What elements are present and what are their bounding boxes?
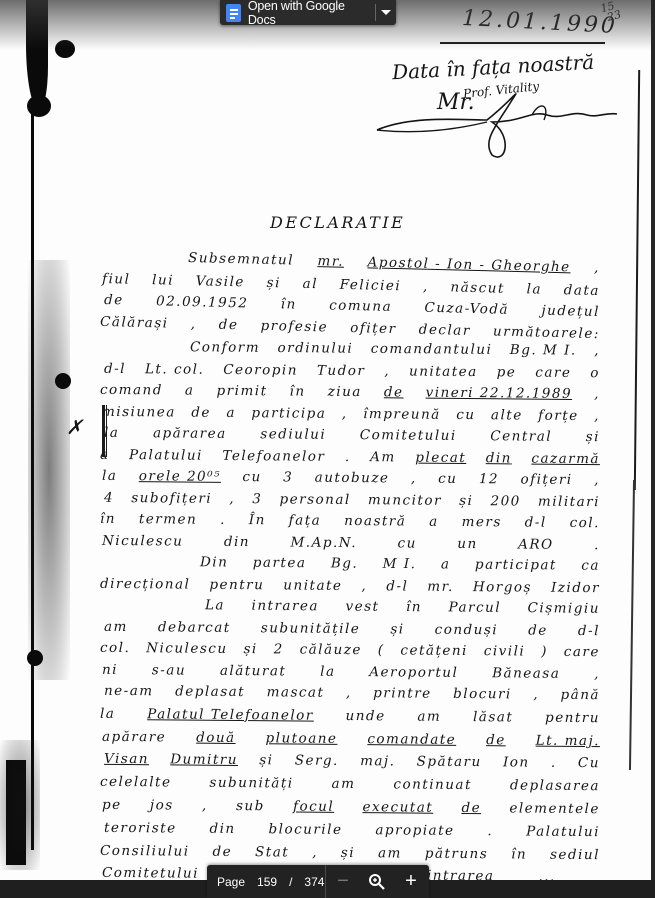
- handwritten-line: apăraredouăplutoanecomandatedeLt. maj.: [102, 728, 600, 748]
- handwritten-word: din: [486, 450, 512, 466]
- handwritten-word: deplasat: [175, 683, 245, 700]
- handwritten-word: la: [100, 706, 116, 722]
- plus-icon: +: [405, 870, 417, 893]
- zoom-out-button[interactable]: −: [326, 865, 360, 898]
- handwritten-line: ConformordinuluicomandantuluiBg. M I.,: [190, 339, 600, 359]
- handwritten-word: alăturat: [220, 662, 287, 679]
- magnifier-icon: [368, 873, 386, 891]
- handwritten-line: aPalatuluiTelefoanelor.Amplecatdincazarm…: [100, 446, 600, 466]
- handwritten-word: termen: [139, 511, 197, 528]
- handwritten-word: ,: [594, 386, 600, 402]
- handwritten-word: .: [220, 512, 226, 528]
- handwritten-word: Spătaru: [417, 754, 482, 771]
- handwritten-word: din: [209, 821, 235, 837]
- handwritten-line: laapărareasediuluiComitetuluiCentralși: [104, 425, 600, 445]
- handwritten-word: Niculescu: [102, 532, 184, 549]
- handwritten-word: subunitățile: [261, 620, 361, 637]
- handwritten-word: ,: [533, 687, 539, 703]
- handwritten-line: ne-amdeplasatmascat,printreblocuri,până: [104, 683, 600, 703]
- handwritten-word: intrarea: [251, 598, 319, 615]
- handwritten-word: M.Ap.N.: [290, 534, 357, 551]
- page-navigation-bar: Page 159 / 374 − +: [207, 865, 429, 898]
- handwritten-word: autobuze: [315, 470, 390, 487]
- handwritten-word: am: [378, 845, 402, 861]
- handwritten-word: noastră: [344, 513, 406, 530]
- handwritten-word: deplasarea: [510, 778, 600, 795]
- handwritten-line: direcționalpentruunitate,d-lmr.HorgoșIzi…: [100, 575, 600, 595]
- handwritten-line: d-lLt. col.CeoropinTudor,unitateapecareo: [104, 360, 600, 380]
- handwritten-word: Feliciei: [340, 276, 402, 293]
- zoom-button[interactable]: [360, 865, 394, 898]
- handwritten-word: Palatul Telefoanelor: [147, 706, 314, 723]
- handwritten-word: la: [320, 663, 336, 679]
- handwritten-word: declar: [419, 321, 471, 338]
- handwritten-word: pe: [102, 797, 122, 813]
- document-date: 12.01.1990: [461, 6, 618, 39]
- handwritten-word: comandate: [367, 731, 456, 748]
- caret-down-icon: [381, 10, 391, 15]
- handwritten-word: ,: [191, 316, 197, 332]
- handwritten-word: Consiliului: [100, 842, 190, 859]
- handwritten-word: la: [526, 281, 542, 297]
- handwritten-word: ...: [538, 869, 556, 880]
- handwritten-word: Stat: [255, 844, 289, 860]
- handwritten-word: Subsemnatul: [188, 250, 294, 269]
- handwritten-word: am: [104, 618, 128, 634]
- handwritten-word: alte: [491, 407, 523, 423]
- handwritten-word: Lt. maj.: [536, 732, 600, 749]
- handwritten-line: DinparteaBg.M I.aparticipatca: [200, 554, 600, 573]
- handwritten-word: ,: [384, 363, 390, 379]
- handwritten-word: muncitor: [368, 492, 442, 509]
- open-with-toolbar: Open with Google Docs: [220, 0, 396, 25]
- handwritten-word: printre: [373, 685, 432, 702]
- handwritten-word: împreună: [363, 406, 441, 423]
- handwritten-word: continuat: [393, 777, 472, 794]
- handwritten-word: din: [224, 533, 250, 549]
- page-separator: /: [289, 875, 292, 889]
- handwritten-word: forțe: [538, 407, 579, 423]
- handwritten-word: cu: [438, 471, 457, 487]
- handwritten-word: .: [345, 448, 351, 464]
- handwritten-word: ofițer: [350, 320, 397, 337]
- handwritten-word: militari: [538, 493, 600, 510]
- margin-cross-mark: ✗: [66, 415, 83, 439]
- handwritten-word: cu: [456, 406, 475, 422]
- handwritten-word: plecat: [415, 449, 466, 465]
- handwritten-word: apărare: [102, 728, 166, 745]
- handwritten-word: d-l: [578, 622, 600, 638]
- handwritten-word: Din: [200, 554, 228, 570]
- handwritten-word: Ceoropin: [223, 361, 298, 378]
- ink-bleed-stripe: [26, 0, 48, 110]
- handwritten-word: focul: [293, 798, 334, 814]
- handwritten-word: Niculescu: [146, 640, 228, 657]
- handwritten-word: orele 20⁰⁵: [139, 468, 221, 485]
- handwritten-word: 12: [479, 471, 499, 487]
- handwritten-word: 200: [490, 493, 520, 509]
- handwritten-word: ,: [423, 278, 429, 294]
- handwritten-word: blocuri: [453, 686, 512, 703]
- handwritten-word: și: [341, 845, 355, 861]
- handwritten-word: ,: [594, 472, 600, 488]
- handwritten-word: subofițeri: [131, 490, 212, 507]
- handwritten-word: ,: [229, 490, 235, 506]
- handwritten-word: debarcat: [158, 619, 231, 636]
- scanned-document-page: ✗ 12.01.1990 15 23 Data în fața noastră …: [0, 0, 651, 880]
- document-title: DECLARATIE: [270, 213, 405, 232]
- handwritten-word: celelalte: [100, 774, 172, 791]
- page-label: Page: [217, 875, 245, 889]
- handwritten-word: de: [212, 843, 232, 859]
- handwritten-word: a: [441, 556, 451, 572]
- open-with-dropdown-button[interactable]: [376, 0, 397, 25]
- handwritten-word: și: [586, 429, 600, 445]
- handwritten-word: care: [535, 364, 571, 380]
- handwritten-word: ni: [102, 661, 118, 677]
- handwritten-word: în: [511, 846, 527, 862]
- total-pages: 374: [304, 875, 324, 889]
- handwritten-word: a: [100, 446, 110, 462]
- handwritten-word: mr.: [427, 578, 454, 594]
- handwritten-word: ,: [346, 685, 352, 701]
- handwritten-word: Cișmigiu: [528, 600, 600, 617]
- handwritten-word: de: [461, 800, 481, 816]
- handwritten-word: și: [259, 753, 273, 769]
- handwritten-word: primit: [216, 383, 267, 399]
- handwritten-word: Palatului: [526, 823, 600, 840]
- handwritten-word: cetățeni: [400, 642, 468, 659]
- handwritten-word: plutoane: [265, 730, 337, 747]
- handwritten-word: ordinului: [277, 340, 353, 357]
- handwritten-word: (: [378, 642, 385, 658]
- handwritten-word: am: [332, 776, 356, 792]
- handwritten-word: conduși: [435, 621, 499, 638]
- handwritten-word: d-l: [386, 578, 408, 594]
- handwritten-word: ziua: [328, 384, 362, 400]
- handwritten-word: maj.: [360, 753, 395, 769]
- handwritten-word: personal: [279, 491, 350, 508]
- handwritten-word: în: [281, 296, 297, 312]
- handwritten-line: Subsemnatulmr.Apostol - Ion - Gheorghe,: [188, 250, 600, 276]
- handwritten-word: a: [226, 404, 236, 420]
- handwritten-word: În: [249, 512, 266, 528]
- handwritten-word: ne-am: [104, 683, 154, 699]
- handwritten-word: mr.: [317, 253, 344, 270]
- handwritten-line: col.Niculescuși2călăuze(cetățenicivili)c…: [100, 640, 600, 660]
- handwritten-word: a: [185, 383, 195, 399]
- handwritten-word: Parcul: [448, 599, 501, 615]
- handwritten-word: Aeroportul: [369, 664, 458, 681]
- handwritten-line: pejos,subfoculexecutatdeelementele: [102, 797, 600, 817]
- handwritten-word: de: [104, 292, 124, 308]
- current-page-number[interactable]: 159: [257, 875, 277, 889]
- ink-blot: [55, 40, 75, 58]
- handwritten-word: Vasile: [196, 273, 246, 290]
- handwritten-word: vineri 22.12.1989: [426, 385, 573, 402]
- handwritten-word: comuna: [329, 297, 392, 315]
- handwritten-word: Lt. col.: [145, 361, 204, 378]
- handwritten-word: unitatea: [409, 363, 478, 380]
- google-docs-icon: [226, 4, 241, 22]
- open-with-label: Open with Google Docs: [248, 0, 367, 27]
- handwritten-word: vest: [345, 599, 379, 615]
- handwritten-word: La: [205, 597, 225, 613]
- handwritten-word: și: [266, 274, 281, 290]
- handwritten-word: partea: [253, 555, 307, 571]
- handwritten-word: misiunea: [102, 403, 176, 420]
- handwritten-word: în: [290, 383, 306, 399]
- handwritten-word: Central: [490, 428, 552, 445]
- handwritten-word: teroriste: [104, 820, 177, 837]
- handwritten-word: ,: [202, 798, 208, 814]
- handwritten-word: Comitetului: [360, 427, 457, 444]
- handwritten-word: născut: [450, 279, 505, 296]
- handwritten-word: călăuze: [300, 642, 362, 659]
- handwritten-word: Apostol - Ion - Gheorghe: [367, 254, 570, 275]
- handwritten-word: civili: [484, 643, 526, 659]
- handwritten-word: Comitetului: [102, 865, 199, 880]
- handwritten-word: .: [551, 755, 557, 771]
- handwritten-word: și: [243, 641, 257, 657]
- handwritten-word: Visan: [104, 751, 149, 767]
- handwritten-word: al: [302, 275, 318, 291]
- handwritten-word: Serg.: [295, 753, 339, 769]
- handwritten-word: și: [390, 621, 404, 637]
- handwritten-word: unde: [346, 708, 386, 724]
- ink-blot: [27, 650, 43, 666]
- handwritten-word: pe: [497, 364, 517, 380]
- handwritten-line: amdebarcatsubunitățileșicondușided-l: [104, 618, 600, 638]
- handwritten-line: întermen.Înfațanoastrăamersd-lcol.: [100, 511, 600, 531]
- handwritten-word: și: [459, 492, 473, 508]
- folio-number: 15 23: [600, 0, 623, 24]
- handwritten-word: de: [528, 622, 548, 638]
- handwritten-word: o: [590, 365, 600, 381]
- ink-smudge: [28, 260, 70, 680]
- handwritten-word: lui: [152, 272, 174, 289]
- handwritten-word: județul: [541, 303, 600, 320]
- handwritten-word: ,: [594, 260, 600, 276]
- handwritten-word: Conform: [190, 339, 260, 356]
- handwritten-word: până: [560, 687, 600, 703]
- handwritten-word: Cuza-Vodă: [424, 300, 509, 318]
- handwritten-word: sub: [236, 798, 265, 814]
- handwritten-word: M I.: [383, 556, 417, 572]
- handwritten-word: un: [457, 535, 478, 551]
- handwritten-word: pentru: [545, 709, 600, 725]
- handwritten-word: în: [406, 599, 422, 615]
- handwritten-word: .: [594, 537, 600, 553]
- handwritten-word: direcțional: [100, 575, 191, 592]
- signature-underline: [440, 42, 605, 44]
- signature: [372, 80, 622, 160]
- minus-icon: −: [337, 870, 349, 893]
- ink-blot: [55, 373, 71, 389]
- handwritten-word: fiul: [102, 270, 131, 287]
- handwritten-word: d-l: [104, 360, 126, 376]
- handwritten-word: de: [219, 316, 239, 332]
- handwritten-word: ,: [361, 578, 367, 594]
- handwritten-word: .: [487, 823, 493, 839]
- handwritten-word: Ion: [503, 755, 530, 771]
- handwritten-word: ofițeri: [520, 471, 572, 487]
- handwritten-word: executat: [362, 799, 433, 816]
- handwritten-word: ca: [581, 558, 600, 574]
- handwritten-word: ): [541, 644, 548, 660]
- page-border-line: [634, 70, 640, 490]
- handwritten-word: intrarea: [427, 868, 495, 880]
- handwritten-word: subunități: [209, 775, 293, 792]
- handwritten-word: 3: [252, 491, 262, 507]
- open-with-google-docs-button[interactable]: Open with Google Docs: [220, 0, 367, 25]
- handwritten-line: LaintrareavestînParculCișmigiu: [205, 597, 600, 616]
- handwritten-word: ARO: [518, 536, 554, 552]
- handwritten-word: apropiate: [375, 822, 454, 839]
- handwritten-word: două: [196, 729, 236, 745]
- handwritten-word: sediul: [550, 846, 600, 862]
- handwritten-word: d-l: [525, 515, 547, 531]
- handwritten-word: participa: [251, 405, 326, 422]
- handwritten-word: care: [564, 644, 600, 660]
- handwritten-word: Băneasa: [492, 665, 560, 682]
- handwritten-word: ,: [594, 343, 600, 359]
- handwritten-line: 4subofițeri,3personalmuncitorși200milita…: [104, 489, 600, 509]
- zoom-in-button[interactable]: +: [394, 865, 428, 898]
- handwritten-line: celelaltesubunitățiamcontinuatdeplasarea: [100, 774, 600, 794]
- handwritten-word: comand: [100, 382, 163, 399]
- handwritten-word: în: [100, 511, 116, 527]
- handwritten-word: ,: [411, 471, 417, 487]
- handwritten-word: Bg. M I.: [510, 342, 577, 359]
- handwritten-word: mers: [462, 514, 502, 530]
- handwritten-word: 3: [283, 469, 293, 485]
- handwritten-word: unitate: [283, 577, 342, 594]
- handwritten-word: Izidor: [551, 579, 600, 595]
- handwritten-word: Tudor: [317, 362, 366, 378]
- handwritten-word: pentru: [209, 576, 264, 592]
- handwritten-word: comandantului: [371, 341, 493, 358]
- handwritten-word: s-au: [152, 662, 186, 678]
- handwritten-word: cazarmă: [531, 450, 600, 467]
- handwritten-line: teroristedinblocurileapropiate.Palatului: [104, 820, 600, 840]
- handwritten-word: 4: [104, 489, 114, 505]
- handwritten-word: 02.09.1952: [156, 293, 249, 311]
- handwritten-word: la: [104, 425, 120, 441]
- handwritten-word: lăsat: [473, 709, 513, 725]
- handwritten-word: participat: [475, 557, 557, 574]
- handwritten-word: următoarele:: [493, 323, 600, 342]
- handwritten-word: am: [417, 708, 441, 724]
- handwritten-word: col.: [570, 515, 600, 531]
- handwritten-word: blocurile: [268, 821, 342, 838]
- handwritten-word: de: [486, 732, 506, 748]
- handwritten-word: Bg.: [331, 555, 358, 571]
- handwritten-line: VisanDumitrușiSerg.maj.SpătaruIon.Cu: [104, 751, 600, 771]
- handwritten-word: Călărași: [100, 313, 169, 331]
- handwritten-word: ,: [594, 666, 600, 682]
- handwritten-word: jos: [150, 797, 174, 813]
- handwritten-line: comandaprimitînziuadevineri 22.12.1989,: [100, 382, 600, 402]
- handwritten-line: nis-aualăturatlaAeroportulBăneasa,: [102, 661, 600, 681]
- handwritten-word: sediului: [260, 426, 326, 443]
- handwritten-word: data: [564, 282, 601, 299]
- handwritten-word: Telefoanelor: [222, 447, 325, 464]
- handwritten-word: cu: [242, 469, 261, 485]
- handwritten-line: laorele 20⁰⁵cu3autobuze,cu12ofițeri,: [102, 468, 600, 488]
- handwritten-word: elementele: [509, 800, 600, 817]
- handwritten-word: col.: [100, 640, 130, 656]
- handwritten-word: Dumitru: [170, 752, 238, 769]
- handwritten-word: la: [102, 468, 118, 484]
- handwritten-word: ,: [312, 844, 318, 860]
- handwritten-word: Horgoș: [473, 579, 532, 596]
- handwritten-word: de: [384, 384, 404, 400]
- handwritten-word: 2: [274, 641, 284, 657]
- page-indicator: Page 159 / 374: [207, 875, 325, 889]
- handwritten-word: de: [191, 404, 211, 420]
- handwritten-word: Am: [370, 449, 396, 465]
- handwritten-word: mascat: [267, 684, 325, 701]
- handwritten-line: laPalatul Telefoanelorundeamlăsatpentru: [100, 706, 600, 726]
- handwritten-word: apărarea: [153, 425, 227, 442]
- handwritten-word: pătruns: [425, 845, 489, 862]
- handwritten-word: cu: [397, 535, 416, 551]
- handwritten-line: NiculescudinM.Ap.N.cuunARO.: [102, 532, 600, 552]
- page-border-line: [629, 480, 635, 770]
- handwritten-word: profesie: [260, 317, 328, 335]
- handwritten-line: misiuneadeaparticipa,împreunăcualteforțe…: [102, 403, 600, 423]
- handwritten-word: Cu: [578, 755, 600, 771]
- handwritten-word: a: [429, 514, 439, 530]
- handwritten-word: ,: [594, 408, 600, 424]
- handwritten-word: ,: [342, 405, 348, 421]
- ink-smudge: [0, 740, 40, 870]
- handwritten-word: fața: [289, 512, 322, 528]
- handwritten-word: Palatului: [129, 447, 203, 464]
- handwritten-line: ConsiliuluideStat,șiampătrunsînsediul: [100, 842, 600, 862]
